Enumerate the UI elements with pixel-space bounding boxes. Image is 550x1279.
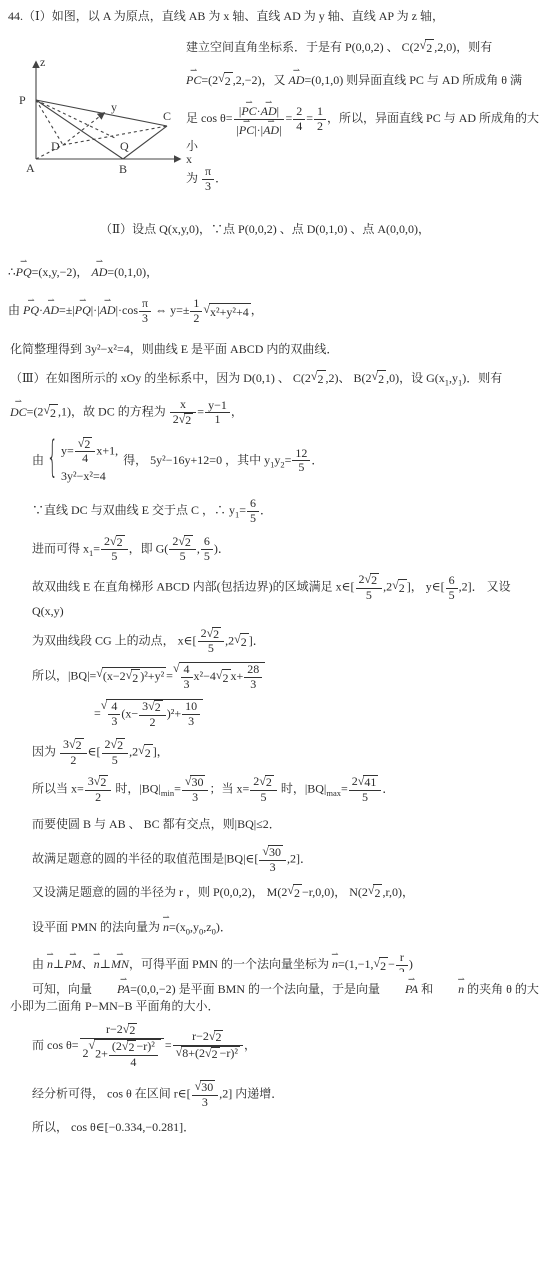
solution-line: 足 cos θ=|PC·AD||PC|·|AD|=24=12，所以，异面直线 P… bbox=[186, 101, 545, 154]
figure-label-z: z bbox=[40, 55, 45, 69]
figure-label-x: x bbox=[186, 152, 192, 166]
figure-label-Q: Q bbox=[120, 139, 129, 153]
solution-line: 故满足题意的圆的半径的取值范围是|BQ|∈[303,2]． bbox=[32, 845, 545, 875]
part1-text-column: 建立空间直角坐标系．于是有 P(0,0,2) 、 C(22,2,0)，则有 PC… bbox=[186, 39, 545, 194]
solution-line: 为 π3． bbox=[186, 165, 545, 194]
solution-line: 设平面 PMN 的法向量为 n=(x0,y0,z0)． bbox=[32, 915, 545, 938]
solution-line: （Ⅲ）在如图所示的 xOy 的坐标系中，因为 D(0,1) 、 C(22,2)、… bbox=[10, 370, 545, 389]
part1-section: P A B C D Q z x y 建立空间直角坐标系．于是有 P(0,0,2)… bbox=[8, 39, 545, 201]
solution-line: 而要使圆 B 与 AB 、 BC 都有交点，则|BQ|≤2． bbox=[32, 816, 545, 833]
solution-line: （Ⅱ）设点 Q(x,y,0)，∵点 P(0,0,2) 、点 D(0,1,0) 、… bbox=[100, 221, 545, 238]
figure-label-C: C bbox=[163, 109, 171, 123]
solution-line: 而 cos θ=r−2222+(22−r)²4=r−228+(22−r)²， bbox=[32, 1023, 545, 1069]
solution-line: =43(x−322)²+103 bbox=[94, 699, 545, 730]
solution-line: ∴PQ=(x,y,−2)， AD=(0,1,0)， bbox=[8, 260, 545, 281]
solution-line: 因为 322∈[225,22]， bbox=[32, 738, 545, 768]
solution-line: 所以， cos θ∈[−0.334,−0.281]． bbox=[32, 1119, 545, 1136]
document-page: 44.（Ⅰ）如图，以 A 为原点，直线 AB 为 x 轴、直线 AD 为 y 轴… bbox=[0, 0, 550, 1279]
solution-paragraph: 可知，向量 PA=(0,0,−2) 是平面 BMN 的一个法向量，于是向量 PA… bbox=[10, 977, 545, 1015]
solution-line: ∵直线 DC 与双曲线 E 交于点 C ，∴ y1=65． bbox=[32, 497, 545, 526]
pyramid-figure-svg: P A B C D Q z x y bbox=[16, 53, 208, 181]
solution-line: 进而可得 x1=225，即 G(225,65)． bbox=[32, 535, 545, 565]
solution-line-clipped: 由 n⊥PM、n⊥MN，可得平面 PMN 的一个法向量坐标为 n=(1,−1,2… bbox=[32, 951, 545, 972]
solution-line: 又设满足题意的圆的半径为 r ，则 P(0,0,2)， M(22−r,0,0)，… bbox=[32, 884, 545, 902]
solution-line: 化简整理得到 3y²−x²=4，则曲线 E 是平面 ABCD 内的双曲线． bbox=[10, 341, 545, 358]
solution-line: DC=(22,1)，故 DC 的方程为 x22=y−11， bbox=[10, 398, 545, 428]
solution-line: 建立空间直角坐标系．于是有 P(0,0,2) 、 C(22,2,0)，则有 bbox=[186, 39, 545, 57]
figure-label-A: A bbox=[26, 161, 35, 175]
figure-label-P: P bbox=[19, 93, 26, 107]
solution-line: 由 y=24x+1,3y²−x²=4 得， 5y²−16y+12=0 ，其中 y… bbox=[32, 436, 545, 486]
figure-label-B: B bbox=[119, 162, 127, 176]
figure-label-y: y bbox=[111, 100, 117, 114]
solution-line: 为双曲线段 CG 上的动点， x∈[225,22]． bbox=[32, 627, 545, 657]
solution-line: 所以当 x=322 时，|BQ|min=303；当 x=225 时，|BQ|ma… bbox=[32, 775, 545, 805]
solution-line: 由 PQ·AD=±|PQ|·|AD|·cosπ3 ⇔ y=±12x²+y²+4， bbox=[8, 297, 545, 326]
solution-line: 经分析可得， cos θ 在区间 r∈[303,2] 内递增． bbox=[32, 1080, 545, 1110]
solution-line: 所以，|BQ|=(x−22)²+y²=43x²−42x+283 bbox=[32, 662, 545, 692]
solution-line: 故双曲线 E 在直角梯形 ABCD 内部(包括边界)的区域满足 x∈[225,2… bbox=[32, 573, 545, 619]
figure-labels: P A B C D Q z x y bbox=[19, 55, 192, 176]
coordinate-figure: P A B C D Q z x y bbox=[16, 53, 208, 186]
solution-line: 44.（Ⅰ）如图，以 A 为原点，直线 AB 为 x 轴、直线 AD 为 y 轴… bbox=[8, 8, 545, 25]
solution-line: PC=(22,2,−2)，又 AD=(0,1,0) 则异面直线 PC 与 AD … bbox=[186, 68, 545, 90]
figure-label-D: D bbox=[51, 139, 60, 153]
